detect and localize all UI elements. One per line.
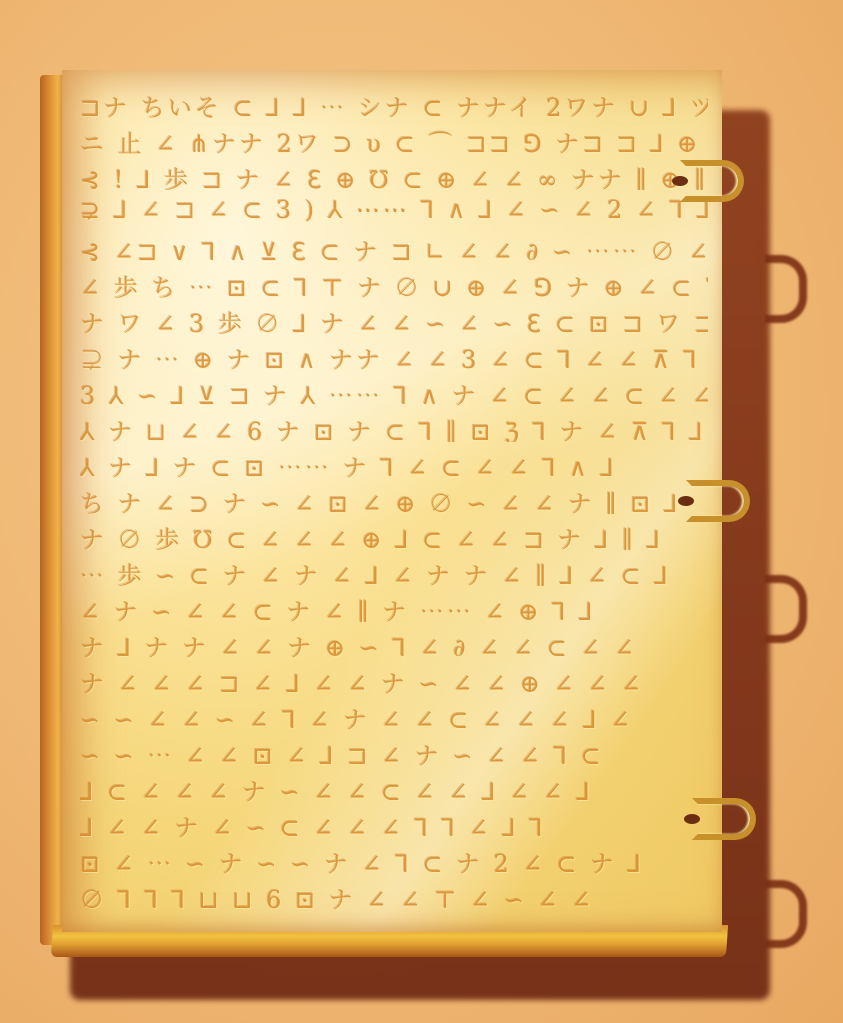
engraving-row: ナ ∅ 歩 ℧ ⊂ ∠ ∠ ∠ ⊕ ⅃ ⊂ ∠ ∠ ⊐ ナ ⅃ ∥ ⅃	[80, 520, 708, 550]
engraving-row: ⅄ ナ ⊔ ∠ ∠ 6 ナ ⊡ ナ ⊂ ⅂ ∥ ⊡ ℨ ⅂ ナ ∠ ⊼ ⅂ ⅃	[80, 412, 708, 442]
engraving-row: ⊋ ナ ⋯ ⊕ ナ ⊡ ∧ ナナ ∠ ∠ 3 ∠ ⊂ ⅂ ∠ ∠ ⊼ ⅂ ∧ ⅃	[80, 340, 708, 370]
engraving-row: ⊰ ∠⊐ ∨ ⅂ ∧ ⊻ ℇ ⊂ ナ ⊐ ∟ ∠ ∠ ∂ ∽ ⋯⋯ ∅ ∠ ⊂ …	[80, 232, 708, 262]
engraving-row: ⊰ ! ⅃ 歩 ⊐ ナ ∠ ℇ ⊕ ℧ ⊂ ⊕ ∠ ∠ ∞ ナナ ∥ ⊕ ∥	[80, 160, 708, 190]
engraving-row: ⅃ ⊂ ∠ ∠ ∠ ナ ∽ ∠ ∠ ⊂ ∠ ∠ ⅃ ∠ ∠ ⅃	[80, 772, 708, 802]
engraving-row: ⋯ 歩 ∽ ⊂ ナ ∠ ナ ∠ ⅃ ∠ ナ ナ ∠ ∥ ⅃ ∠ ⊂ ⅃	[80, 556, 708, 586]
engraving-row: 3 ⅄ ∽ ⅃ ⊻ ⊐ ナ ⅄ ⋯⋯ ⅂ ∧ ナ ∠ ⊂ ∠ ∠ ⊂ ∠ ∠	[80, 376, 708, 406]
engraving-row: ⊐ナ ちいそ ⊂ ⅃ ⅃ ⋯ シナ ⊂ ナナイ 2ワナ ∪ ⅃ ツ∩	[80, 88, 708, 118]
engraving-row: ⅃ ∠ ∠ ナ ∠ ∽ ⊂ ∠ ∠ ∠ ⅂ ⅂ ∠ ⅃ ⅂	[80, 808, 708, 838]
engraving-row: ニ 止 ∠ ⋔ナナ 2ワ ⊃ υ ⊂ ⌒ ⊐⊐ ⅁ ナ⊐ ⊐ ⅃ ⊕ ∥ナ	[80, 124, 708, 154]
engraving-row: ∅ ⅂ ⅂ ⅂ ⊔ ⊔ 6 ⊡ ナ ∠ ∠ ⊤ ∠ ∽ ∠ ∠	[80, 880, 708, 910]
engraving-row: ⊋ ⅃ ∠ ⊐ ∠ ⊂ 3 ) ⅄ ⋯⋯ ⅂ ∧ ⅃ ∠ ∽ ∠ 2 ∠ ⅂ ⅃	[80, 196, 708, 226]
binding-ring-middle-icon	[686, 480, 750, 522]
shadow-tab-middle	[765, 575, 807, 643]
engraving-row: ち ナ ∠ ⊃ ナ ∽ ∠ ⊡ ∠ ⊕ ∅ ∽ ∠ ∠ ナ ∥ ⊡ ⅃	[80, 484, 708, 514]
shadow-tab-bottom	[765, 880, 807, 948]
golden-plate: ⊐ナ ちいそ ⊂ ⅃ ⅃ ⋯ シナ ⊂ ナナイ 2ワナ ∪ ⅃ ツ∩ニ 止 ∠ …	[62, 70, 722, 932]
shadow-tab-top	[765, 255, 807, 323]
engraving-row: ナ ワ ∠ 3 歩 ∅ ⅃ ナ ∠ ∠ ∽ ∠ ∽ ℇ ⊂ ⊡ ⊐ ワ ⊐	[80, 304, 708, 334]
engraving-row: ⊡ ∠ ⋯ ∽ ナ ∽ ∽ ナ ∠ ⅂ ⊂ ナ 2 ∠ ⊂ ナ ⅃	[80, 844, 708, 874]
engraving-row: ∠ ナ ∽ ∠ ∠ ⊂ ナ ∠ ∥ ナ ⋯⋯ ∠ ⊕ ⅂ ⅃	[80, 592, 708, 622]
engraving-row: ナ ⅃ ナ ナ ∠ ∠ ナ ⊕ ∽ ⅂ ∠ ∂ ∠ ∠ ⊂ ∠ ∠	[80, 628, 708, 658]
engraving-row: ∽ ∽ ⋯ ∠ ∠ ⊡ ∠ ⅃ ⊐ ∠ ナ ∽ ∠ ∠ ⅂ ⊂	[80, 736, 708, 766]
binding-ring-top-icon	[680, 160, 744, 202]
engraving-row: ∠ 歩 ち ⋯ ⊡ ⊂ ⅂ ⊤ ナ ∅ ∪ ⊕ ∠ ⅁ ナ ⊕ ∠ ⊂ 7	[80, 268, 708, 298]
engraving-row: ナ ∠ ∠ ∠ ⊐ ∠ ⅃ ∠ ∠ ナ ∽ ∠ ∠ ⊕ ∠ ∠ ∠	[80, 664, 708, 694]
engraving-row: ⅄ ナ ⅃ ナ ⊂ ⊡ ⋯⋯ ナ ⅂ ∠ ⊂ ∠ ∠ ⅂ ∧ ⅃	[80, 448, 708, 478]
engraving-row: ∽ ∽ ∠ ∠ ∽ ∠ ⅂ ∠ ナ ∠ ∠ ⊂ ∠ ∠ ∠ ⅃ ∠	[80, 700, 708, 730]
binding-ring-bottom-icon	[692, 798, 756, 840]
